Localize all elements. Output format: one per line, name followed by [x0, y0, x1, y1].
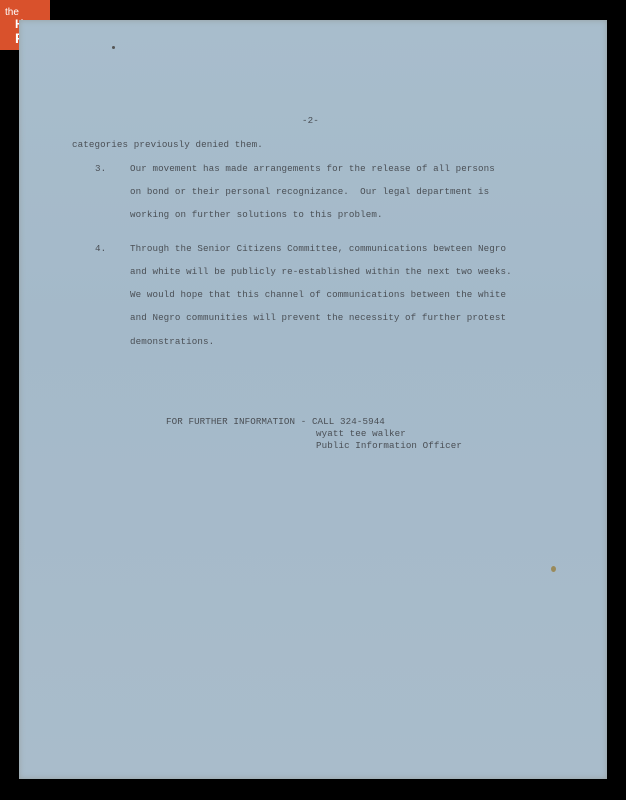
- contact-title: Public Information Officer: [316, 440, 462, 451]
- item-4-line: demonstrations.: [130, 336, 214, 347]
- item-3-number: 3.: [95, 163, 106, 174]
- item-3-line: working on further solutions to this pro…: [130, 209, 383, 220]
- item-4-line: and Negro communities will prevent the n…: [130, 312, 506, 323]
- ink-spot: [112, 46, 115, 49]
- document-page: [19, 20, 607, 779]
- stain-spot: [551, 566, 556, 572]
- item-3-line: on bond or their personal recognizance. …: [130, 186, 489, 197]
- contact-name: wyatt tee walker: [316, 428, 406, 439]
- item-4-line: We would hope that this channel of commu…: [130, 289, 506, 300]
- item-4-number: 4.: [95, 243, 106, 254]
- item-4-line: Through the Senior Citizens Committee, c…: [130, 243, 506, 254]
- item-3-line: Our movement has made arrangements for t…: [130, 163, 495, 174]
- contact-line: FOR FURTHER INFORMATION - CALL 324-5944: [166, 416, 385, 427]
- page-number: -2-: [302, 115, 319, 126]
- item-4-line: and white will be publicly re-establishe…: [130, 266, 512, 277]
- continuation-line: categories previously denied them.: [72, 139, 263, 150]
